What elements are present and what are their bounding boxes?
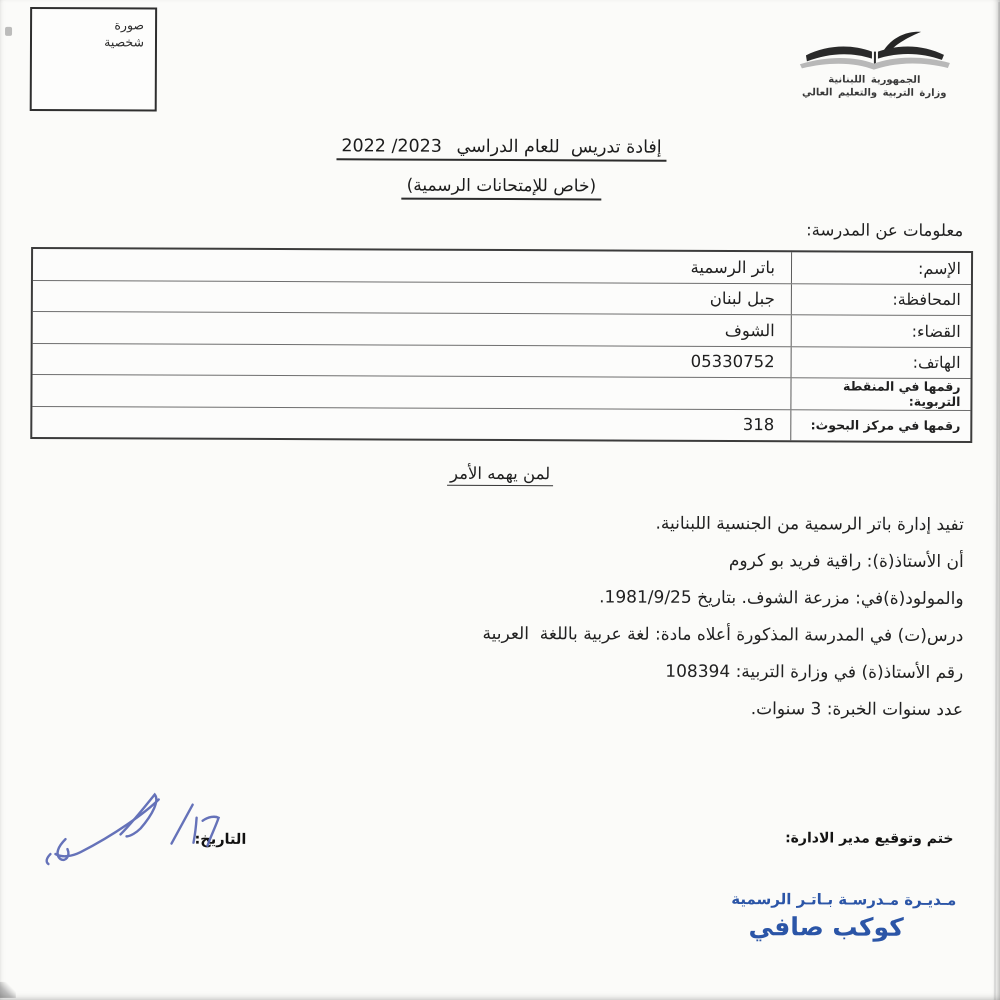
letter-line-teacher-number: رقم الأستاذ(ة) في وزارة التربية: 108394: [89, 658, 963, 684]
logo-ministry-text: وزارة التربية والتعليم العالي: [777, 86, 972, 100]
stamp-director-title: مـديـرة مـدرسـة بـاتـر الرسمية: [696, 890, 956, 909]
letter-heading: لمن يهمه الأمر: [0, 462, 1000, 488]
table-row-name: الإسم: باتر الرسمية: [33, 249, 971, 284]
row-label-educational-zone-number: رقمها في المنقطة التربوية:: [790, 378, 970, 409]
letter-line-experience: عدد سنوات الخبرة: 3 سنوات.: [89, 695, 963, 721]
letter-line-subject: درس(ت) في المدرسة المذكورة أعلاه مادة: ل…: [89, 621, 963, 647]
row-label-district: القضاء:: [791, 315, 971, 346]
photo-label-line1: صورة: [104, 16, 144, 33]
row-value-educational-zone-number: [32, 375, 790, 409]
table-row-educational-zone-number: رقمها في المنقطة التربوية:: [32, 374, 970, 410]
handwritten-date-signature: [20, 784, 225, 880]
row-value-phone: 05330752: [33, 343, 791, 377]
document-subtitle: (خاص للإمتحانات الرسمية): [1, 174, 1000, 202]
letter-line-birth: والمولود(ة)في: مزرعة الشوف. بتاريخ 1981/…: [90, 584, 964, 610]
row-label-research-center-number: رقمها في مركز البحوث:: [790, 410, 970, 441]
school-info-heading: معلومات عن المدرسة:: [806, 220, 963, 240]
row-value-research-center-number: 318: [32, 406, 790, 440]
letter-heading-text: لمن يهمه الأمر: [447, 464, 553, 486]
table-row-governorate: المحافظة: جبل لبنان: [33, 279, 971, 315]
director-stamp: مـديـرة مـدرسـة بـاتـر الرسمية كوكب صافي: [696, 890, 956, 942]
row-value-name: باتر الرسمية: [33, 249, 791, 283]
row-label-governorate: المحافظة:: [791, 284, 971, 315]
stamp-director-name: كوكب صافي: [696, 912, 956, 942]
scanned-document-page: صورة شخصية الجمهورية اللبنانية وزارة الت…: [0, 0, 1000, 1000]
school-info-table: الإسم: باتر الرسمية المحافظة: جبل لبنان …: [30, 247, 973, 443]
title-school-year: 2022 /2023: [341, 136, 442, 156]
table-row-phone: الهاتف: 05330752: [33, 342, 971, 378]
open-book-logo-icon: [789, 27, 959, 74]
table-row-research-center-number: رقمها في مركز البحوث: 318: [32, 405, 970, 441]
logo-country-text: الجمهورية اللبنانية: [777, 73, 972, 87]
title-text: إفادة تدريس للعام الدراسي: [456, 137, 661, 158]
letter-line-teacher-name: أن الأستاذ(ة): راقية فريد بو كروم: [90, 547, 964, 573]
row-value-governorate: جبل لبنان: [33, 280, 791, 314]
letter-body: تفيد إدارة باتر الرسمية من الجنسية اللبن…: [89, 510, 964, 736]
ministry-logo: الجمهورية اللبنانية وزارة التربية والتعل…: [777, 27, 972, 100]
row-label-name: الإسم:: [791, 252, 971, 283]
scan-speck: [5, 27, 12, 36]
photo-placeholder-box: صورة شخصية: [30, 7, 157, 112]
photo-placeholder-label: صورة شخصية: [104, 16, 144, 50]
scan-corner-shadow: [0, 982, 16, 998]
document-title: إفادة تدريس للعام الدراسي 2022 /2023: [1, 135, 1000, 163]
table-row-district: القضاء: الشوف: [33, 311, 971, 347]
letter-line-certifies: تفيد إدارة باتر الرسمية من الجنسية اللبن…: [90, 510, 964, 536]
photo-label-line2: شخصية: [104, 33, 144, 50]
stamp-caption: ختم وتوقيع مدير الادارة:: [785, 830, 954, 847]
row-value-district: الشوف: [33, 312, 791, 346]
row-label-phone: الهاتف:: [791, 347, 971, 378]
subtitle-text: (خاص للإمتحانات الرسمية): [402, 176, 602, 201]
